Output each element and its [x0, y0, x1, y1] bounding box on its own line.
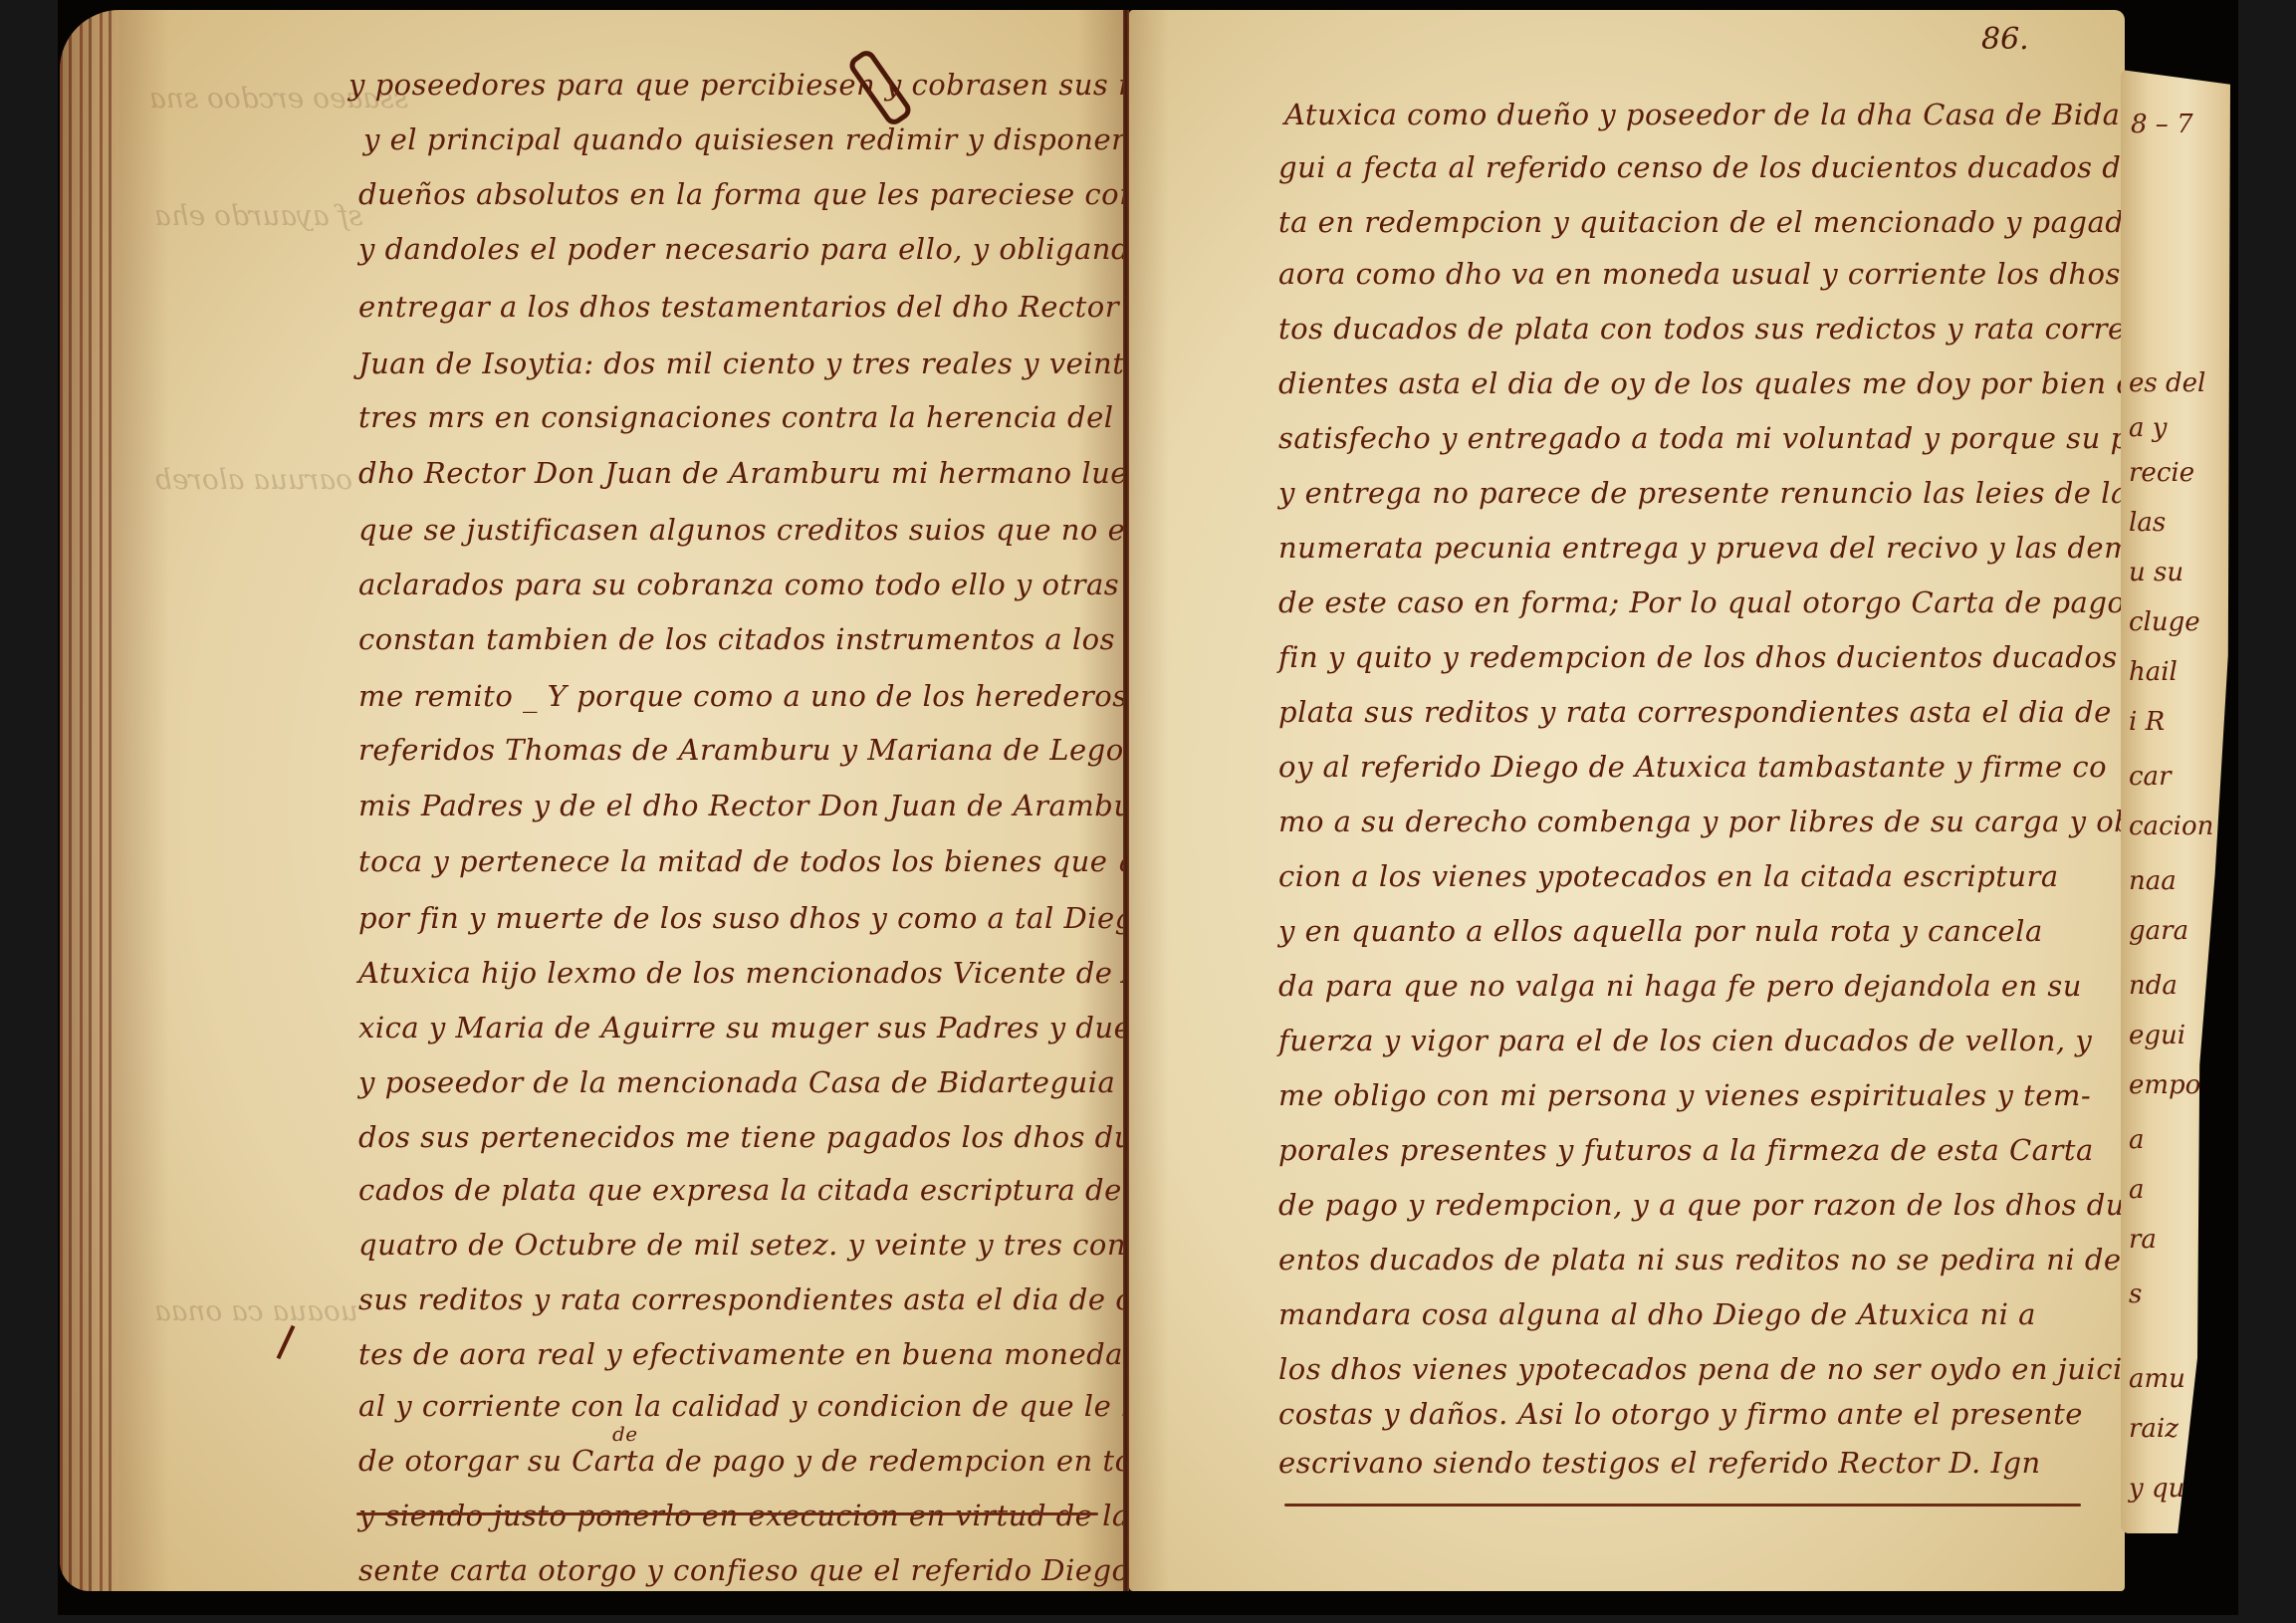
- fragment-line: cacion: [2129, 811, 2213, 841]
- manuscript-line: mis Padres y de el dho Rector Don Juan d…: [358, 789, 1127, 822]
- fragment-line: es del: [2129, 368, 2205, 398]
- fragment-line: empo: [2129, 1070, 2200, 1100]
- manuscript-line: de pago y redempcion, y a que por razon …: [1278, 1188, 2125, 1222]
- manuscript-line: entos ducados de plata ni sus reditos no…: [1278, 1243, 2122, 1276]
- manuscript-line: constan tambien de los citados instrumen…: [358, 622, 1127, 656]
- fragment-line: raiz: [2129, 1414, 2179, 1444]
- manuscript-line: dho Rector Don Juan de Aramburu mi herma…: [358, 456, 1127, 490]
- fragment-line: hail: [2129, 657, 2178, 687]
- manuscript-line: satisfecho y entregado a toda mi volunta…: [1278, 421, 2125, 455]
- manuscript-line: tes de aora real y efectivamente en buen…: [358, 1337, 1127, 1371]
- manuscript-line: Atuxica hijo lexmo de los mencionados Vi…: [358, 956, 1127, 990]
- fragment-line: cluge: [2129, 607, 2200, 637]
- manuscript-line: tres mrs en consignaciones contra la her…: [358, 400, 1114, 434]
- manuscript-line: referidos Thomas de Aramburu y Mariana d…: [358, 733, 1127, 767]
- fragment-line: s: [2129, 1279, 2142, 1309]
- fragment-line: a y: [2129, 413, 2167, 443]
- manuscript-line: porales presentes y futuros a la firmeza…: [1278, 1133, 2094, 1167]
- manuscript-line: cados de plata que expresa la citada esc…: [358, 1173, 1122, 1207]
- manuscript-line: ta en redempcion y quitacion de el menci…: [1278, 205, 2125, 239]
- manuscript-line: y el principal quando quisiesen redimir …: [363, 122, 1127, 156]
- margin-mark: [277, 1325, 296, 1359]
- manuscript-line: sus reditos y rata correspondientes asta…: [358, 1282, 1127, 1316]
- manuscript-line: numerata pecunia entrega y prueva del re…: [1278, 531, 2125, 565]
- manuscript-line: y dandoles el poder necesario para ello,…: [358, 232, 1127, 266]
- left-page: ssaaeo ercdoo sna sf ayaurdo eha oaruua …: [60, 10, 1127, 1591]
- manuscript-line: y en quanto a ellos aquella por nula rot…: [1278, 914, 2043, 948]
- manuscript-line: dientes asta el dia de oy de los quales …: [1278, 366, 2125, 400]
- interlinear-note: de: [612, 1422, 638, 1446]
- manuscript-line: dos sus pertenecidos me tiene pagados lo…: [358, 1120, 1127, 1154]
- fragment-line: naa: [2129, 866, 2177, 896]
- manuscript-line: de otorgar su Carta de pago y de redempc…: [358, 1444, 1127, 1478]
- manuscript-line: costas y daños. Asi lo otorgo y firmo an…: [1278, 1397, 2083, 1431]
- bleedthrough-text: uoaua ca onaa: [154, 1294, 358, 1327]
- closing-rule-right: [1284, 1504, 2081, 1507]
- manuscript-line: gui a fecta al referido censo de los duc…: [1278, 150, 2125, 184]
- manuscript-line: fin y quito y redempcion de los dhos duc…: [1278, 640, 2125, 674]
- manuscript-line: quatro de Octubre de mil setez. y veinte…: [358, 1228, 1127, 1262]
- bleedthrough-text: oaruua aloreb: [154, 463, 352, 496]
- manuscript-line: Atuxica como dueño y poseedor de la dha …: [1284, 98, 2125, 131]
- manuscript-line: cion a los vienes ypotecados en la citad…: [1278, 859, 2059, 893]
- manuscript-line: mo a su derecho combenga y por libres de…: [1278, 805, 2125, 838]
- manuscript-line: me obligo con mi persona y vienes espiri…: [1278, 1078, 2091, 1112]
- manuscript-line: y siendo justo ponerlo en execucion en v…: [358, 1499, 1127, 1532]
- manuscript-line: y poseedor de la mencionada Casa de Bida…: [358, 1065, 1127, 1099]
- manuscript-line: dueños absolutos en la forma que les par…: [358, 177, 1127, 211]
- bleedthrough-text: sf ayaurdo eha: [154, 199, 362, 232]
- manuscript-line: xica y Maria de Aguirre su muger sus Pad…: [358, 1011, 1127, 1044]
- manuscript-line: oy al referido Diego de Atuxica tambasta…: [1278, 750, 2107, 784]
- fragment-line: las: [2129, 508, 2166, 538]
- fragment-line: a: [2129, 1125, 2145, 1155]
- fragment-line: recie: [2129, 458, 2194, 488]
- manuscript-line: aclarados para su cobranza como todo ell…: [358, 568, 1127, 601]
- manuscript-line: de este caso en forma; Por lo qual otorg…: [1278, 585, 2125, 619]
- manuscript-line: toca y pertenece la mitad de todos los b…: [358, 844, 1127, 878]
- right-page: Atuxica como dueño y poseedor de la dha …: [1129, 10, 2125, 1591]
- manuscript-line: fuerza y vigor para el de los cien ducad…: [1278, 1024, 2092, 1057]
- manuscript-line: al y corriente con la calidad y condicio…: [358, 1389, 1127, 1423]
- fragment-line: egui: [2129, 1021, 2185, 1050]
- manuscript-line: los dhos vienes ypotecados pena de no se…: [1278, 1352, 2125, 1386]
- fragment-line: nda: [2129, 971, 2178, 1001]
- manuscript-line: y poseedores para que percibiesen y cobr…: [348, 68, 1127, 102]
- manuscript-line: por fin y muerte de los suso dhos y como…: [358, 901, 1127, 935]
- fragment-line: gara: [2129, 916, 2188, 946]
- manuscript-line: me remito _ Y porque como a uno de los h…: [358, 679, 1127, 713]
- manuscript-line: mandara cosa alguna al dho Diego de Atux…: [1278, 1297, 2036, 1331]
- fragment-mark: 8 – 7: [2131, 110, 2193, 139]
- fragment-line: car: [2129, 762, 2172, 792]
- manuscript-line: tos ducados de plata con todos sus redic…: [1278, 312, 2125, 346]
- folio-number: 86.: [1981, 22, 2029, 57]
- manuscript-line: y entrega no parece de presente renuncio…: [1278, 476, 2125, 510]
- closing-rule-left: [356, 1512, 1098, 1515]
- fragment-line: a: [2129, 1175, 2145, 1205]
- fragment-line: i R: [2129, 707, 2165, 737]
- manuscript-line: plata sus reditos y rata correspondiente…: [1278, 695, 2112, 729]
- manuscript-line: Juan de Isoytia: dos mil ciento y tres r…: [358, 347, 1127, 380]
- manuscript-line: entregar a los dhos testamentarios del d…: [358, 290, 1127, 324]
- manuscript-line: da para que no valga ni haga fe pero dej…: [1278, 969, 2082, 1003]
- manuscript-line: escrivano siendo testigos el referido Re…: [1278, 1446, 2041, 1480]
- fragment-line: ra: [2129, 1225, 2157, 1255]
- manuscript-line: sente carta otorgo y confieso que el ref…: [358, 1553, 1127, 1587]
- fragment-line: u su: [2129, 558, 2183, 587]
- fragment-line: amu: [2129, 1364, 2185, 1394]
- manuscript-line: que se justificasen algunos creditos sui…: [358, 513, 1127, 547]
- manuscript-line: aora como dho va en moneda usual y corri…: [1278, 257, 2125, 291]
